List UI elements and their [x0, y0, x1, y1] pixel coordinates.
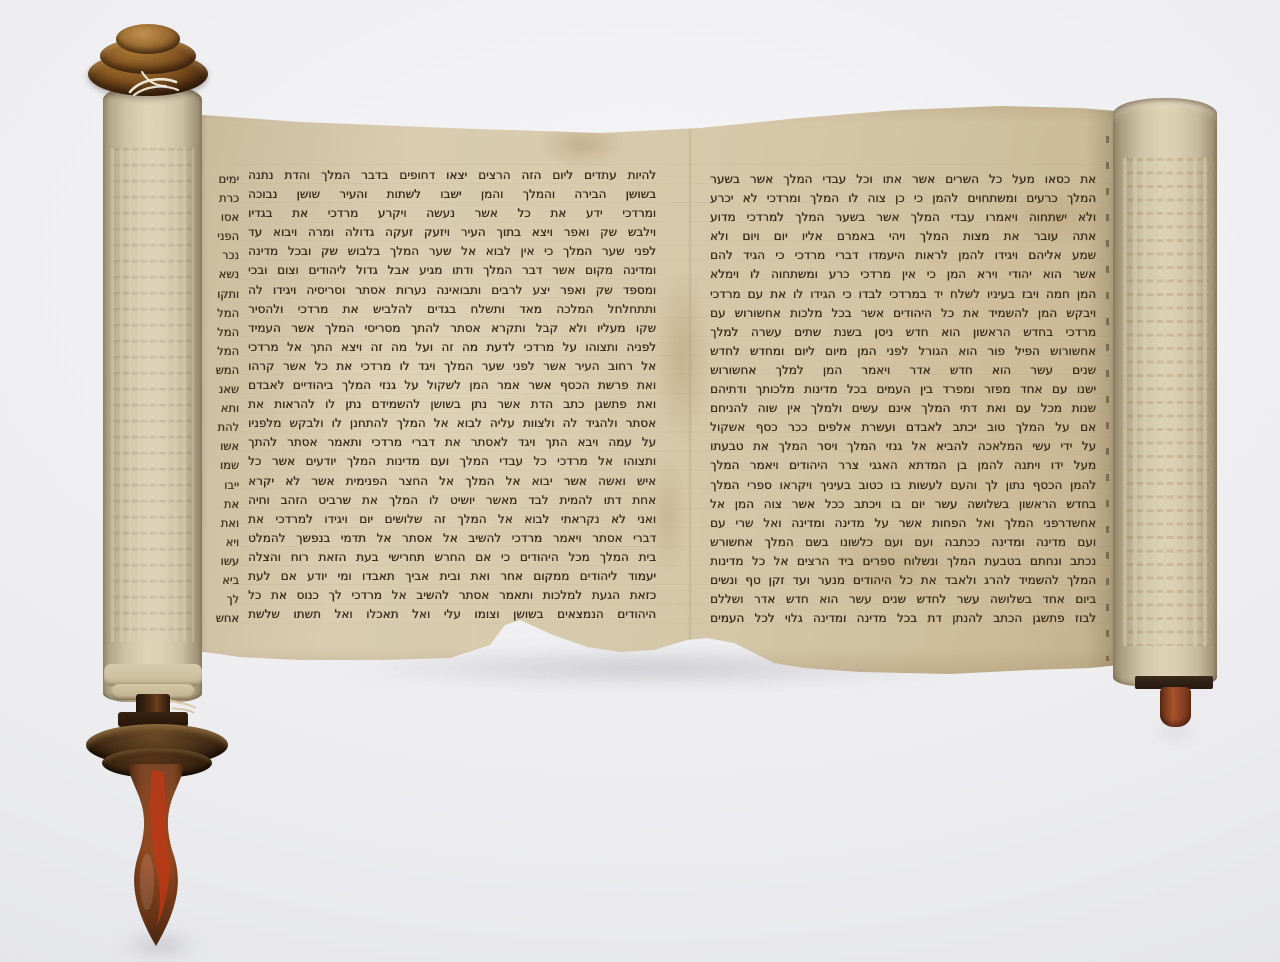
manuscript-line: מרדכי בחדש הראשון הוא חדש ניסן בשנת שתים… — [710, 323, 1096, 342]
manuscript-line: שנות מכל עם ואת דתי המלך אינם עשים ולמלך… — [710, 399, 1096, 418]
left-roll-wrap-end — [104, 664, 202, 686]
membrane-seam-stitching — [1106, 136, 1109, 661]
manuscript-line: ויבקש המן להשמיד את כל היהודים אשר בכל מ… — [710, 304, 1096, 323]
manuscript-line: ימים — [202, 170, 239, 189]
next-column-edge-fragments: ימיםכרתאסוהפנינכרנשאותקוהמלהמלהמלהמששאנו… — [202, 170, 239, 630]
manuscript-line: אחת דתו להמית לבד מאשר יושיט לו המלך את … — [248, 491, 656, 510]
manuscript-line: ביום אחד בשלושה עשר לחדש שנים עשר הוא חד… — [710, 590, 1096, 609]
manuscript-line: ותקו — [202, 285, 239, 304]
text-column-left: להיות עתדים ליום הזה הרצים יצאו דחופים ב… — [248, 166, 656, 626]
manuscript-line: המל — [202, 342, 239, 361]
manuscript-line: איש ואשה אשר יבוא אל המלך אל החצר הפנימי… — [248, 472, 656, 491]
manuscript-line: המש — [202, 361, 239, 380]
manuscript-line: אל רחוב העיר אשר לפני שער המלך ויגד לו מ… — [248, 357, 656, 376]
manuscript-line: בשושן הבירה והמלך והמן ישבו לשתות והעיר … — [248, 185, 656, 204]
manuscript-line: מעל ידו ויתנה להמן בן המדתא האגגי צרר הי… — [710, 456, 1096, 475]
manuscript-line: שמו — [202, 456, 239, 475]
manuscript-line: המל — [202, 304, 239, 323]
roller-handle — [122, 764, 190, 948]
text-column-right: את כסאו מעל כל השרים אשר אתו וכל עבדי המ… — [710, 170, 1096, 630]
manuscript-line: ייבו — [202, 476, 239, 495]
manuscript-line: לך — [202, 590, 239, 609]
manuscript-line: עשו — [202, 552, 239, 571]
manuscript-line: המן חמה ויבז בעיניו לשלח יד במרדכי לבדו … — [710, 285, 1096, 304]
manuscript-line: ואת פרשת הכסף אשר אמר המן לשקול על גנזי … — [248, 376, 656, 395]
manuscript-line: ומדינה מקום אשר דבר המלך ודתו מגיע אבל ג… — [248, 261, 656, 280]
bleedthrough-text-left — [111, 148, 194, 642]
left-parchment-roll — [103, 84, 202, 702]
manuscript-line: את — [202, 495, 239, 514]
manuscript-line: ביא — [202, 571, 239, 590]
manuscript-line: לפניה ותצוהו על מרדכי לדעת מה זה ועל מה … — [248, 338, 656, 357]
center-crease — [688, 126, 692, 646]
manuscript-line: שנים עשר הוא חדש אדר ויאמר המן למלך אחשו… — [710, 361, 1096, 380]
manuscript-line: ויא — [202, 533, 239, 552]
manuscript-line: ומרדכי ידע את כל אשר נעשה ויקרע מרדכי את… — [248, 204, 656, 223]
manuscript-line: ותתחלחל המלכה מאד ותשלח בגדים להלביש את … — [248, 300, 656, 319]
manuscript-line: כרת — [202, 189, 239, 208]
manuscript-line: ותצוהו אל מרדכי כל עבדי המלך ועם מדינות … — [248, 452, 656, 471]
manuscript-line: המל — [202, 323, 239, 342]
manuscript-line: נכר — [202, 246, 239, 265]
manuscript-line: אסתר ולהגיד לה ולצוות עליה לבוא אל המלך … — [248, 414, 656, 433]
manuscript-line: ועם מדינה ומדינה ככתבה ועם ועם כלשונו בש… — [710, 533, 1096, 552]
manuscript-line: ולא ישתחוה ויאמרו עבדי המלך אשר בשער המל… — [710, 208, 1096, 227]
roller-knob-top — [116, 24, 180, 54]
manuscript-line: המלך כרעים ומשתחוים להמן כי כן צוה לו המ… — [710, 189, 1096, 208]
manuscript-line: אשר הוא יהודי וירא המן כי אין מרדכי כרע … — [710, 265, 1096, 284]
manuscript-line: שקו מעליו ולא קבל ותקרא אסתר להתך מסריסי… — [248, 319, 656, 338]
manuscript-line: המלך להשמיד להרג ולאבד את כל היהודים מנע… — [710, 571, 1096, 590]
manuscript-line: ואני לא נקראתי לבוא אל המלך זה שלושים יו… — [248, 510, 656, 529]
manuscript-line: ותא — [202, 399, 239, 418]
manuscript-line: להיות עתדים ליום הזה הרצים יצאו דחופים ב… — [248, 166, 656, 185]
manuscript-line: על ידי עשי המלאכה להביא אל גנזי המלך ויס… — [710, 437, 1096, 456]
manuscript-line: בחדש הראשון בשלושה עשר יום בו ויכתב ככל … — [710, 495, 1096, 514]
manuscript-line: ואת — [202, 514, 239, 533]
manuscript-line: שאנ — [202, 380, 239, 399]
scroll-photograph: ימיםכרתאסוהפנינכרנשאותקוהמלהמלהמלהמששאנו… — [0, 0, 1280, 962]
manuscript-line: להת — [202, 418, 239, 437]
right-parchment-roll — [1113, 98, 1217, 686]
manuscript-line: בית המלך מכל היהודים כי אם החרש תחרישי ב… — [248, 548, 656, 567]
manuscript-line: ישנו עם אחד מפזר ומפרד בין העמים בכל מדי… — [710, 380, 1096, 399]
manuscript-line: אחש — [202, 609, 239, 628]
manuscript-line: הפני — [202, 227, 239, 246]
parchment-sheet: ימיםכרתאסוהפנינכרנשאותקוהמלהמלהמלהמששאנו… — [190, 96, 1128, 678]
manuscript-line: לפני שער המלך כי אין לבוא אל שער המלך בל… — [248, 242, 656, 261]
manuscript-line: אחשורוש הפיל פור הוא הגורל לפני המן מיום… — [710, 342, 1096, 361]
manuscript-line: יעמוד ליהודים ממקום אחר ואת ובית אביך תא… — [248, 567, 656, 586]
manuscript-line: אסו — [202, 208, 239, 227]
manuscript-line: אם על המלך טוב יכתב לאבדם ועשרת אלפים ככ… — [710, 418, 1096, 437]
tie-thread — [126, 62, 184, 98]
manuscript-line: וילבש שק ואפר ויצא בתוך העיר ויזעק זעקה … — [248, 223, 656, 242]
manuscript-line: את כסאו מעל כל השרים אשר אתו וכל עבדי המ… — [710, 170, 1096, 189]
manuscript-line: אחשדרפני המלך ואל הפחות אשר על מדינה ומד… — [710, 514, 1096, 533]
manuscript-line: להמן הכסף נתון לך והעם לעשות בו כטוב בעי… — [710, 476, 1096, 495]
manuscript-line: נשא — [202, 265, 239, 284]
manuscript-line: ומספד שק ואפר יצע לרבים ותבואינה נערות א… — [248, 281, 656, 300]
manuscript-line: היהודים הנמצאים בשושן וצומו עלי ואל תאכל… — [248, 605, 656, 624]
manuscript-line: כזאת הגעת למלכות ותאמר אסתר להשיב אל מרד… — [248, 586, 656, 605]
right-roller-peg — [1160, 687, 1191, 727]
manuscript-line: שמע אליהם ויגידו להמן לראות היעמדו דברי … — [710, 246, 1096, 265]
manuscript-line: לבוז פתשגן הכתב להנתן דת בכל מדינה ומדינ… — [710, 609, 1096, 628]
manuscript-line: על עמה ויבא התך ויגד לאסתר את דברי מרדכי… — [248, 433, 656, 452]
manuscript-line: אשו — [202, 437, 239, 456]
manuscript-line: ואת פתשגן כתב הדת אשר נתן בשושן להשמידם … — [248, 395, 656, 414]
bleedthrough-text-right — [1123, 158, 1209, 646]
manuscript-line: נכתב ונחתם בטבעת המלך ונשלוח ספרים ביד ה… — [710, 552, 1096, 571]
manuscript-line: אתה עובר את מצות המלך ויהי באמרם אליו יו… — [710, 227, 1096, 246]
manuscript-line: דברי אסתר ויאמר מרדכי להשיב אל אסתר אל ת… — [248, 529, 656, 548]
